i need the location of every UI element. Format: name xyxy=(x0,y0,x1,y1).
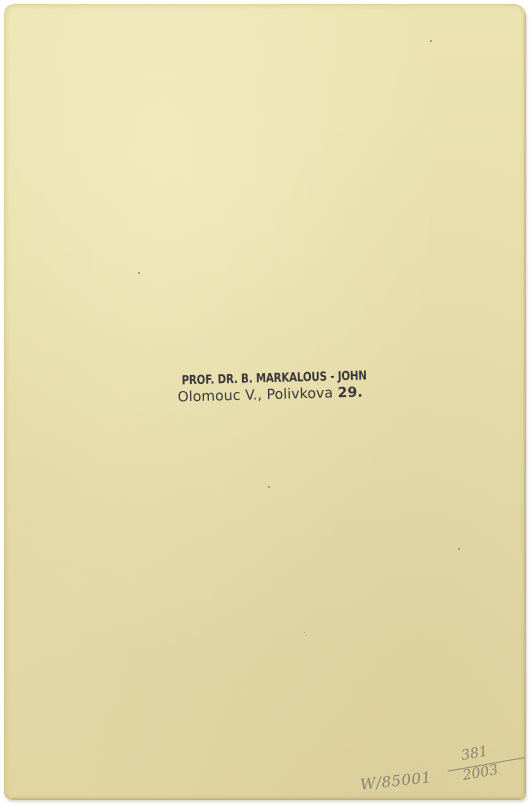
owner-stamp: PROF. DR. B. MARKALOUS - JOHN Olomouc V.… xyxy=(162,367,383,407)
paper-speck xyxy=(304,632,305,633)
paper-speck xyxy=(268,486,270,488)
paper-speck xyxy=(458,548,460,550)
pencil-catalog-number: W/85001 xyxy=(359,768,432,793)
paper-speck xyxy=(430,40,432,42)
pencil-fraction-note: 381 2003 xyxy=(442,737,529,800)
stamp-house-number: 29. xyxy=(337,385,363,402)
paper-speck xyxy=(138,272,140,274)
pencil-fraction-bottom: 2003 xyxy=(461,762,499,784)
stamp-street: Olomouc V., Polivkova xyxy=(177,385,337,405)
page-edge-bottom xyxy=(12,797,520,800)
booklet-cover: PROF. DR. B. MARKALOUS - JOHN Olomouc V.… xyxy=(4,4,526,800)
page-edge-right xyxy=(523,14,526,794)
pencil-fraction-top: 381 xyxy=(460,744,489,764)
